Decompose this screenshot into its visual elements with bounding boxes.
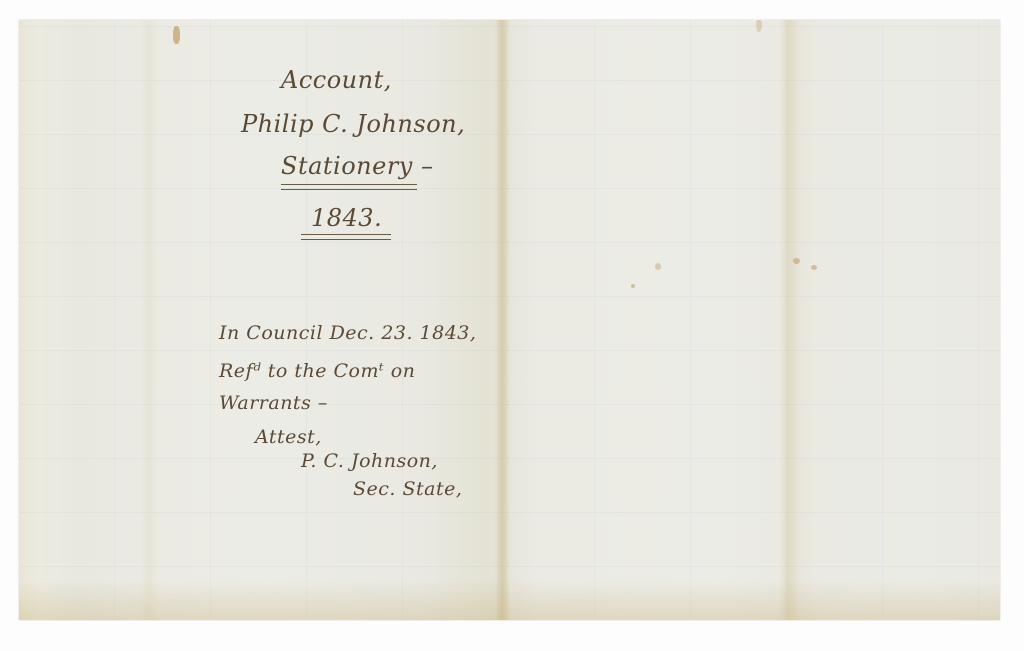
docket-heading-name: Philip C. Johnson, <box>241 110 465 138</box>
stain-spot <box>655 263 661 270</box>
endorsement-title: Sec. State, <box>353 478 462 500</box>
endorsement-signature: P. C. Johnson, <box>301 450 438 472</box>
docket-heading-year: 1843. <box>311 204 382 232</box>
docket-panel: Account, Philip C. Johnson, Stationery –… <box>19 20 495 620</box>
fold-crease-center <box>495 20 509 620</box>
endorsement-warrants: Warrants – <box>219 392 328 414</box>
docket-heading-subject: Stationery – <box>281 152 433 180</box>
endorsement-referral: Refᵈ to the Comᵗ on <box>219 360 415 382</box>
year-underline <box>301 234 391 240</box>
stain-spot <box>756 20 762 32</box>
scanned-document: Account, Philip C. Johnson, Stationery –… <box>0 0 1024 651</box>
stain-spot <box>811 265 817 270</box>
endorsement-council-date: In Council Dec. 23. 1843, <box>219 322 476 344</box>
stain-spot <box>631 284 635 288</box>
docket-heading-account: Account, <box>281 66 392 94</box>
endorsement-attest: Attest, <box>255 426 322 448</box>
stain-spot <box>793 258 800 264</box>
paper-sheet: Account, Philip C. Johnson, Stationery –… <box>19 20 1000 620</box>
fold-crease-right <box>779 20 799 620</box>
heading-underline <box>281 184 417 190</box>
